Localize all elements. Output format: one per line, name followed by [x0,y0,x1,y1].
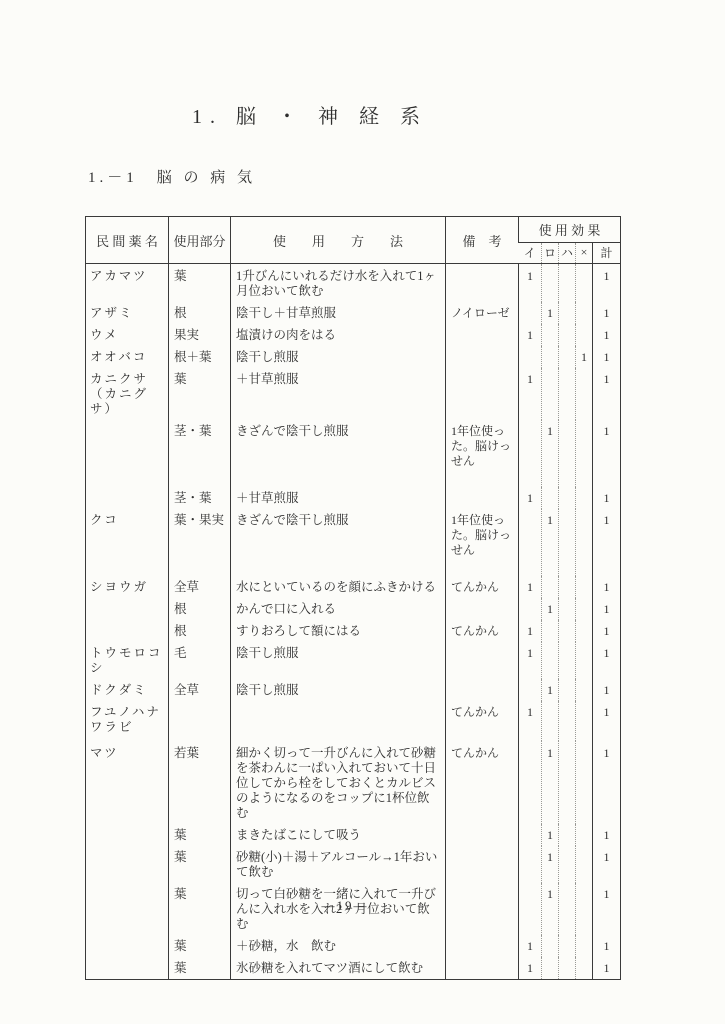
cell-effect-i: 1 [519,957,542,980]
cell-effect-i [519,598,542,620]
cell-effect-ro [542,701,559,741]
cell-part: 全草 [169,576,231,598]
cell-effect-ro: 1 [542,420,559,487]
cell-effect-i [519,679,542,701]
table-row: 葉まきたばこにして吸う11 [86,824,621,846]
cell-effect-kei: 1 [593,576,621,598]
cell-effect-kei: 1 [593,420,621,487]
table-row: フユノハナワラビてんかん11 [86,701,621,741]
cell-effect-x [576,935,593,957]
section-title: 1.－1 脳 の 病 気 [88,166,256,187]
cell-effect-ha [559,642,576,679]
table-row: 葉砂糖(小)＋湯＋アルコール→1年おいて飲む11 [86,846,621,883]
col-header-effect-kei: 計 [593,243,621,264]
cell-effect-i: 1 [519,368,542,420]
cell-effect-ha [559,741,576,824]
cell-part: 毛 [169,642,231,679]
cell-effect-ha [559,679,576,701]
cell-effect-kei: 1 [593,487,621,509]
cell-effect-ha [559,620,576,642]
cell-remarks: 1年位使った。脳けっせん [446,420,519,487]
cell-effect-kei: 1 [593,846,621,883]
table-row: クコ葉・果実きざんで陰干し煎服1年位使った。脳けっせん11 [86,509,621,576]
col-header-part: 使用部分 [169,217,231,264]
cell-name [86,420,169,487]
table-body: アカマツ葉1升びんにいれるだけ水を入れて1ヶ月位おいて飲む11アザミ根陰干し＋甘… [86,264,621,980]
cell-effect-ha [559,957,576,980]
cell-effect-kei: 1 [593,642,621,679]
col-header-effect-ro: ロ [542,243,559,264]
cell-effect-kei: 1 [593,302,621,324]
cell-method: 陰干し煎服 [231,346,446,368]
cell-effect-ha [559,302,576,324]
cell-effect-ha [559,324,576,346]
cell-effect-i: 1 [519,576,542,598]
cell-part: 茎・葉 [169,420,231,487]
cell-effect-kei: 1 [593,264,621,303]
cell-effect-ro: 1 [542,679,559,701]
cell-effect-x [576,679,593,701]
table-row: オオバコ根＋葉陰干し煎服11 [86,346,621,368]
folk-medicine-table: 民 間 薬 名 使用部分 使 用 方 法 備 考 使 用 効 果 イ ロ ハ ×… [85,216,620,980]
col-header-effect-ha: ハ [559,243,576,264]
table-row: ドクダミ全草陰干し煎服11 [86,679,621,701]
cell-remarks [446,824,519,846]
cell-effect-kei: 1 [593,824,621,846]
table-row: 根かんで口に入れる11 [86,598,621,620]
cell-method: 水にといているのを顔にふきかける [231,576,446,598]
table-header: 民 間 薬 名 使用部分 使 用 方 法 備 考 使 用 効 果 イ ロ ハ ×… [86,217,621,264]
cell-effect-i [519,824,542,846]
cell-effect-x [576,957,593,980]
cell-method: 塩漬けの肉をはる [231,324,446,346]
cell-effect-ha [559,824,576,846]
cell-effect-kei: 1 [593,509,621,576]
table-row: トウモロコシ毛陰干し煎服11 [86,642,621,679]
document-page: 1. 脳 ・ 神 経 系 1.－1 脳 の 病 気 民 間 薬 名 使用部分 使… [0,0,725,1024]
cell-effect-ha [559,487,576,509]
table-row: 葉＋砂糖，水 飲む11 [86,935,621,957]
cell-method: すりおろして額にはる [231,620,446,642]
cell-name: オオバコ [86,346,169,368]
cell-name: クコ [86,509,169,576]
cell-remarks [446,598,519,620]
cell-effect-ro [542,620,559,642]
cell-effect-i: 1 [519,701,542,741]
cell-part: 根 [169,302,231,324]
table-row: マツ若葉細かく切って一升びんに入れて砂糖を茶わんに一ぱい入れておいて十日位してか… [86,741,621,824]
cell-effect-ha [559,576,576,598]
cell-effect-ha [559,846,576,883]
cell-remarks: てんかん [446,701,519,741]
cell-remarks [446,487,519,509]
cell-remarks: 1年位使った。脳けっせん [446,509,519,576]
cell-remarks: てんかん [446,576,519,598]
cell-method: かんで口に入れる [231,598,446,620]
cell-effect-ha [559,346,576,368]
cell-name: マツ [86,741,169,824]
col-header-remarks: 備 考 [446,217,519,264]
cell-name: ウメ [86,324,169,346]
cell-effect-ro: 1 [542,509,559,576]
cell-effect-x [576,701,593,741]
cell-remarks [446,642,519,679]
cell-effect-i [519,846,542,883]
cell-effect-kei: 1 [593,701,621,741]
cell-remarks: ノイローゼ [446,302,519,324]
cell-part: 全草 [169,679,231,701]
cell-effect-x [576,487,593,509]
cell-effect-i [519,346,542,368]
cell-effect-x [576,264,593,303]
cell-name [86,598,169,620]
cell-effect-kei: 1 [593,935,621,957]
cell-effect-x [576,420,593,487]
cell-part: 葉 [169,846,231,883]
cell-effect-i: 1 [519,620,542,642]
cell-part: 果実 [169,324,231,346]
cell-effect-i: 1 [519,487,542,509]
table-row: 茎・葉＋甘草煎服11 [86,487,621,509]
cell-effect-ro: 1 [542,302,559,324]
cell-part: 根 [169,620,231,642]
cell-effect-ha [559,935,576,957]
cell-name: シヨウガ [86,576,169,598]
cell-method: 細かく切って一升びんに入れて砂糖を茶わんに一ぱい入れておいて十日位してから栓をし… [231,741,446,824]
cell-remarks [446,957,519,980]
cell-method [231,701,446,741]
cell-effect-ro [542,957,559,980]
table-row: 葉氷砂糖を入れてマツ酒にして飲む11 [86,957,621,980]
cell-effect-i: 1 [519,935,542,957]
cell-name [86,620,169,642]
table-row: カニクサ （カニグサ）葉＋甘草煎服11 [86,368,621,420]
cell-name: トウモロコシ [86,642,169,679]
cell-remarks: てんかん [446,620,519,642]
cell-remarks [446,264,519,303]
cell-method: きざんで陰干し煎服 [231,420,446,487]
cell-effect-x [576,741,593,824]
cell-effect-x [576,846,593,883]
cell-name: アカマツ [86,264,169,303]
col-header-name: 民 間 薬 名 [86,217,169,264]
cell-part [169,701,231,741]
cell-method: ＋甘草煎服 [231,368,446,420]
cell-effect-ro: 1 [542,741,559,824]
cell-method: 陰干し煎服 [231,679,446,701]
cell-part: 葉 [169,368,231,420]
cell-effect-ha [559,509,576,576]
table-row: 茎・葉きざんで陰干し煎服1年位使った。脳けっせん11 [86,420,621,487]
cell-name [86,957,169,980]
cell-effect-x [576,509,593,576]
cell-part: 葉 [169,264,231,303]
cell-effect-kei: 1 [593,368,621,420]
cell-method: 氷砂糖を入れてマツ酒にして飲む [231,957,446,980]
cell-name: ドクダミ [86,679,169,701]
cell-effect-i: 1 [519,642,542,679]
table-row: アザミ根陰干し＋甘草煎服ノイローゼ11 [86,302,621,324]
cell-remarks: てんかん [446,741,519,824]
cell-effect-ro: 1 [542,824,559,846]
cell-effect-i [519,302,542,324]
cell-effect-x [576,368,593,420]
cell-part: 茎・葉 [169,487,231,509]
cell-remarks [446,846,519,883]
cell-effect-ha [559,264,576,303]
cell-effect-i [519,509,542,576]
page-number: —19— [0,898,690,914]
cell-effect-x [576,824,593,846]
cell-name: アザミ [86,302,169,324]
cell-effect-ro [542,264,559,303]
cell-effect-i: 1 [519,264,542,303]
cell-remarks [446,346,519,368]
cell-effect-kei: 1 [593,741,621,824]
cell-part: 葉・果実 [169,509,231,576]
cell-effect-kei: 1 [593,620,621,642]
cell-effect-ro: 1 [542,846,559,883]
cell-effect-ro [542,368,559,420]
cell-effect-kei: 1 [593,679,621,701]
cell-effect-i [519,741,542,824]
cell-remarks [446,679,519,701]
table-row: ウメ果実塩漬けの肉をはる11 [86,324,621,346]
page-title: 1. 脳 ・ 神 経 系 [0,100,620,129]
cell-method: まきたばこにして吸う [231,824,446,846]
cell-effect-ro [542,346,559,368]
cell-part: 葉 [169,957,231,980]
cell-effect-kei: 1 [593,957,621,980]
cell-effect-ha [559,598,576,620]
cell-effect-x [576,598,593,620]
cell-name [86,935,169,957]
cell-effect-x [576,324,593,346]
cell-remarks [446,935,519,957]
table-row: アカマツ葉1升びんにいれるだけ水を入れて1ヶ月位おいて飲む11 [86,264,621,303]
cell-effect-x [576,576,593,598]
cell-effect-ha [559,701,576,741]
col-header-effect-x: × [576,243,593,264]
cell-remarks [446,368,519,420]
cell-effect-i [519,420,542,487]
cell-name [86,824,169,846]
cell-method: きざんで陰干し煎服 [231,509,446,576]
cell-method: 陰干し＋甘草煎服 [231,302,446,324]
col-header-effect: 使 用 効 果 [519,217,621,243]
cell-part: 根 [169,598,231,620]
cell-effect-ro [542,324,559,346]
cell-effect-ro [542,642,559,679]
cell-effect-ha [559,420,576,487]
cell-name [86,487,169,509]
cell-method: ＋甘草煎服 [231,487,446,509]
cell-part: 葉 [169,824,231,846]
cell-effect-i: 1 [519,324,542,346]
cell-name: カニクサ （カニグサ） [86,368,169,420]
cell-method: ＋砂糖，水 飲む [231,935,446,957]
cell-name: フユノハナワラビ [86,701,169,741]
cell-effect-kei: 1 [593,346,621,368]
cell-effect-x [576,302,593,324]
cell-part: 葉 [169,935,231,957]
cell-part: 根＋葉 [169,346,231,368]
cell-part: 若葉 [169,741,231,824]
table-row: 根すりおろして額にはるてんかん11 [86,620,621,642]
cell-effect-x: 1 [576,346,593,368]
cell-method: 陰干し煎服 [231,642,446,679]
cell-effect-kei: 1 [593,598,621,620]
cell-effect-kei: 1 [593,324,621,346]
cell-method: 1升びんにいれるだけ水を入れて1ヶ月位おいて飲む [231,264,446,303]
cell-effect-ro [542,487,559,509]
table-row: シヨウガ全草水にといているのを顔にふきかけるてんかん11 [86,576,621,598]
cell-effect-ro [542,576,559,598]
cell-method: 砂糖(小)＋湯＋アルコール→1年おいて飲む [231,846,446,883]
folk-medicine-table-grid: 民 間 薬 名 使用部分 使 用 方 法 備 考 使 用 効 果 イ ロ ハ ×… [85,216,621,980]
cell-name [86,846,169,883]
col-header-effect-i: イ [519,243,542,264]
cell-effect-ro [542,935,559,957]
cell-effect-ha [559,368,576,420]
cell-effect-x [576,642,593,679]
col-header-method: 使 用 方 法 [231,217,446,264]
cell-effect-ro: 1 [542,598,559,620]
cell-remarks [446,324,519,346]
cell-effect-x [576,620,593,642]
